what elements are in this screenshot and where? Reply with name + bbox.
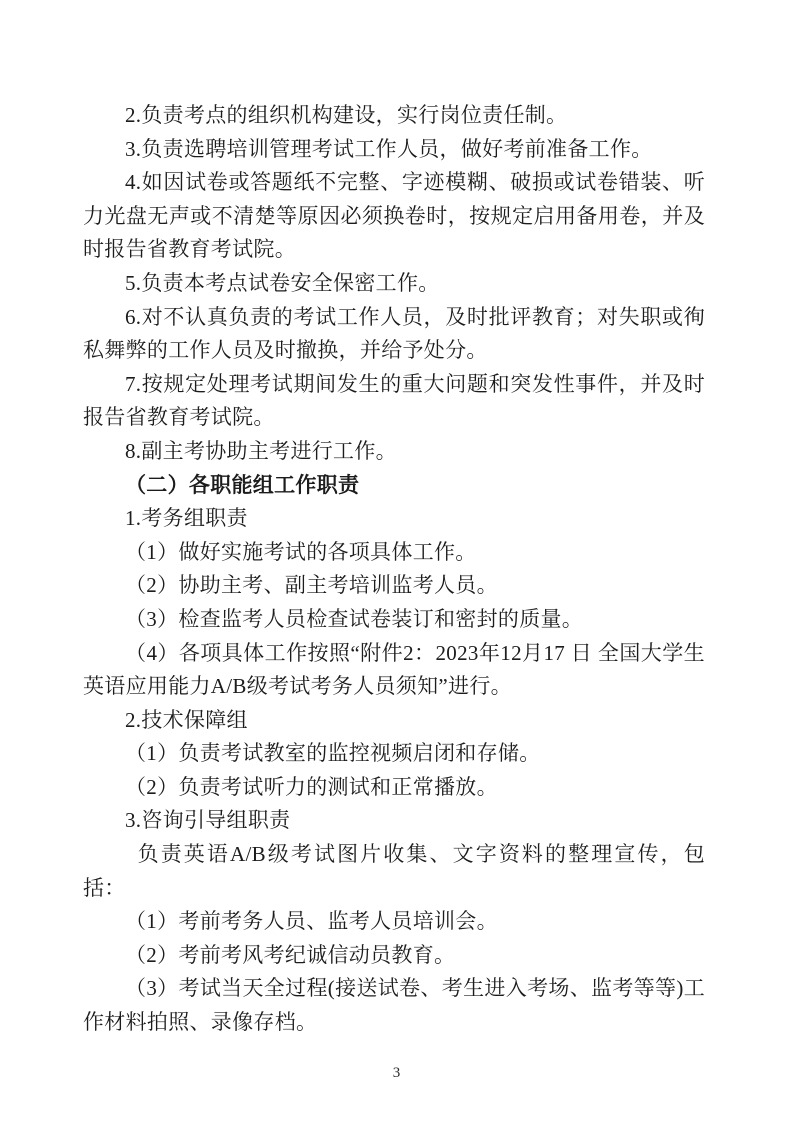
paragraph: 4.如因试卷或答题纸不完整、字迹模糊、破损或试卷错装、听力光盘无声或不清楚等原因… [83, 166, 705, 267]
paragraph: 2.技术保障组 [83, 704, 705, 738]
paragraph: （1）做好实施考试的各项具体工作。 [83, 536, 705, 570]
paragraph: 3.负责选聘培训管理考试工作人员，做好考前准备工作。 [83, 133, 705, 167]
paragraph: 8.副主考协助主考进行工作。 [83, 435, 705, 469]
paragraph: （3）检查监考人员检查试卷装订和密封的质量。 [83, 603, 705, 637]
paragraph: （2）考前考风考纪诚信动员教育。 [83, 939, 705, 973]
section-heading: （二）各职能组工作职责 [83, 469, 705, 503]
document-page: 2.负责考点的组织机构建设，实行岗位责任制。3.负责选聘培训管理考试工作人员，做… [0, 0, 793, 1122]
paragraph: 负责英语A/B级考试图片收集、文字资料的整理宣传，包括： [83, 838, 705, 905]
paragraph: （3）考试当天全过程(接送试卷、考生进入考场、监考等等)工作材料拍照、录像存档。 [83, 972, 705, 1039]
paragraph: 3.咨询引导组职责 [83, 804, 705, 838]
paragraph: 1.考务组职责 [83, 502, 705, 536]
paragraph: （1）考前考务人员、监考人员培训会。 [83, 905, 705, 939]
paragraph: 6.对不认真负责的考试工作人员，及时批评教育；对失职或徇私舞弊的工作人员及时撤换… [83, 301, 705, 368]
paragraph: 7.按规定处理考试期间发生的重大问题和突发性事件，并及时报告省教育考试院。 [83, 368, 705, 435]
paragraph: （1）负责考试教室的监控视频启闭和存储。 [83, 737, 705, 771]
paragraph: （4）各项具体工作按照“附件2：2023年12月17 日 全国大学生英语应用能力… [83, 637, 705, 704]
document-body: 2.负责考点的组织机构建设，实行岗位责任制。3.负责选聘培训管理考试工作人员，做… [83, 99, 705, 1040]
paragraph: （2）协助主考、副主考培训监考人员。 [83, 569, 705, 603]
paragraph: 2.负责考点的组织机构建设，实行岗位责任制。 [83, 99, 705, 133]
paragraph: 5.负责本考点试卷安全保密工作。 [83, 267, 705, 301]
paragraph: （2）负责考试听力的测试和正常播放。 [83, 771, 705, 805]
page-number: 3 [0, 1065, 793, 1082]
